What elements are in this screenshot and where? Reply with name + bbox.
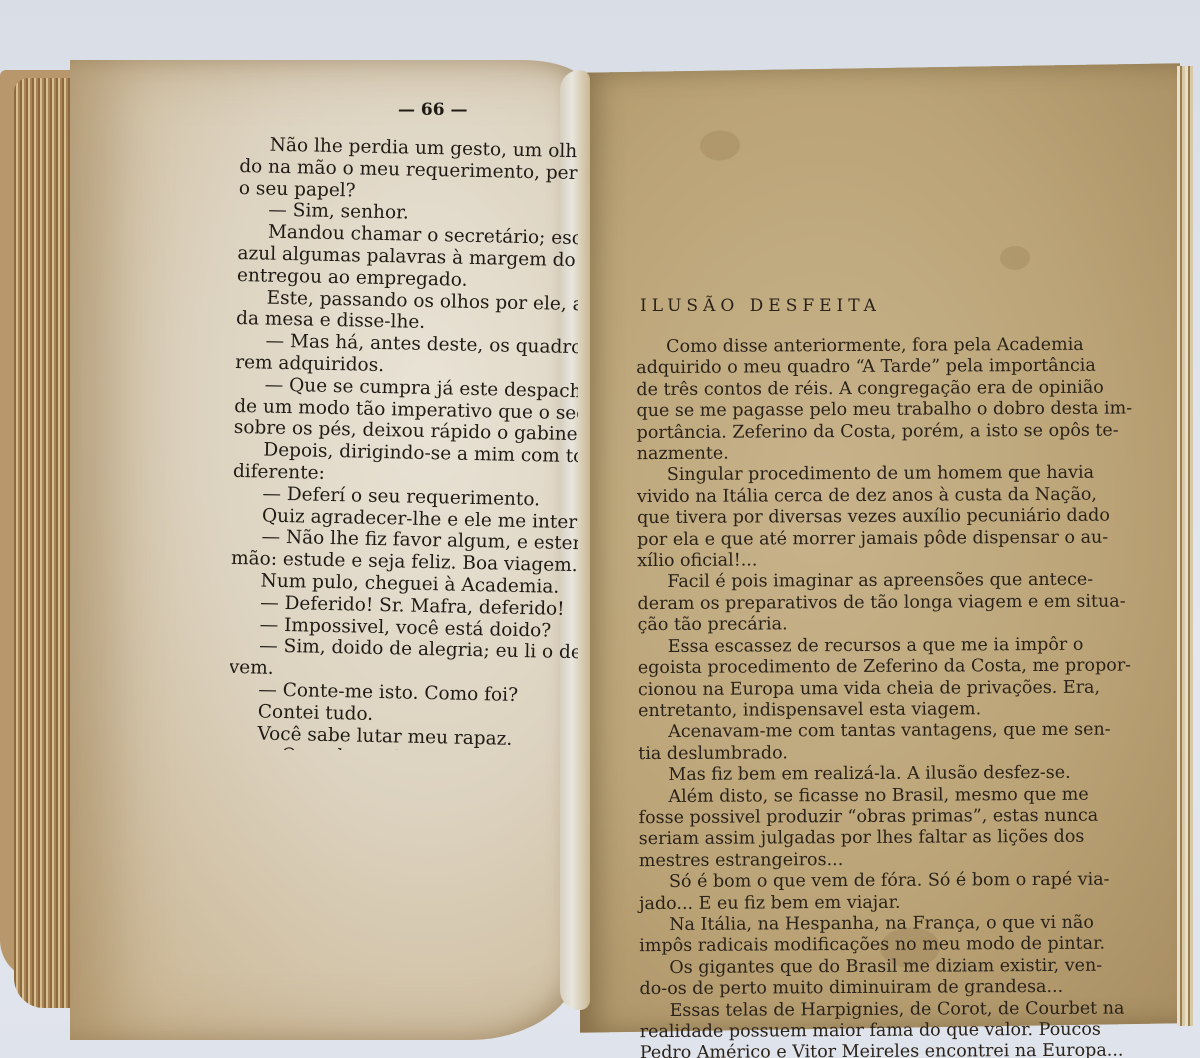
text-line: Pedro Américo e Vitor Meireles encontrei… bbox=[640, 1041, 1060, 1058]
text-line: Singular procedimento de um homem que ha… bbox=[637, 463, 1057, 487]
text-line: portância. Zeferino da Costa, porém, a i… bbox=[637, 421, 1057, 445]
text-line: realidade possuem maior fama do que valo… bbox=[640, 1020, 1060, 1044]
text-line: que tivera por diversas vezes auxílio pe… bbox=[637, 506, 1057, 530]
text-line: Essas telas de Harpignies, de Corot, de … bbox=[640, 998, 1060, 1022]
text-line: Na Itália, na Hespanha, na França, o que… bbox=[639, 913, 1059, 937]
text-line: Como disse anteriormente, fora pela Acad… bbox=[636, 335, 1056, 359]
text-line: Os gigantes que do Brasil me diziam exis… bbox=[639, 956, 1059, 980]
text-line: Só é bom o que vem de fóra. Só é bom o r… bbox=[639, 870, 1059, 894]
page-stack-edges-left bbox=[14, 78, 76, 1008]
text-line: mestres estrangeiros... bbox=[639, 849, 1059, 873]
text-line: jado... E eu fiz bem em viajar. bbox=[639, 891, 1059, 915]
text-line: cionou na Europa uma vida cheia de priva… bbox=[638, 677, 1058, 701]
text-line: deram os preparativos de tão longa viage… bbox=[637, 592, 1057, 616]
chapter-title: ILUSÃO DESFEITA bbox=[640, 296, 881, 316]
text-line: nazmente. bbox=[637, 442, 1057, 466]
text-line: fosse possivel produzir “obras primas”, … bbox=[639, 806, 1059, 830]
text-line: egoista procedimento de Zeferino da Cost… bbox=[638, 656, 1058, 680]
text-line: entretanto, indispensavel esta viagem. bbox=[638, 699, 1058, 723]
text-line: xílio oficial!... bbox=[637, 549, 1057, 573]
text-line: vivido na Itália cerca de dez anos à cus… bbox=[637, 485, 1057, 509]
text-line: Essa escassez de recursos a que me ia im… bbox=[638, 635, 1058, 659]
left-page-body: Não lhe perdia um gesto, um olhar. Afina… bbox=[230, 134, 578, 750]
right-page-body: Como disse anteriormente, fora pela Acad… bbox=[636, 335, 1060, 1058]
text-line: Mas fiz bem em realizá-la. A ilusão desf… bbox=[638, 763, 1058, 787]
page-stack-edges-right bbox=[1177, 66, 1193, 1026]
text-line: por ela e que até morrer jamais pôde dis… bbox=[637, 528, 1057, 552]
text-line: Além disto, se ficasse no Brasil, mesmo … bbox=[638, 784, 1058, 808]
text-line: que se me pagasse pelo meu trabalho o do… bbox=[636, 399, 1056, 423]
text-line: Acenavam-me com tantas vantagens, que me… bbox=[638, 720, 1058, 744]
text-line: impôs radicais modificações no meu modo … bbox=[639, 934, 1059, 958]
text-line: tia deslumbrado. bbox=[638, 742, 1058, 766]
text-line: adquirido o meu quadro “A Tarde” pela im… bbox=[636, 356, 1056, 380]
text-line: Facil é pois imaginar as apreensões que … bbox=[637, 570, 1057, 594]
text-line: seriam assim julgadas por lhes faltar as… bbox=[639, 827, 1059, 851]
left-page-text-area: Não lhe perdia um gesto, um olhar. Afina… bbox=[230, 100, 578, 750]
text-line: ção tão precária. bbox=[638, 613, 1058, 637]
text-line: do-os de perto muito diminuiram de grand… bbox=[639, 977, 1059, 1001]
text-line: de três contos de réis. A congregação er… bbox=[636, 378, 1056, 402]
